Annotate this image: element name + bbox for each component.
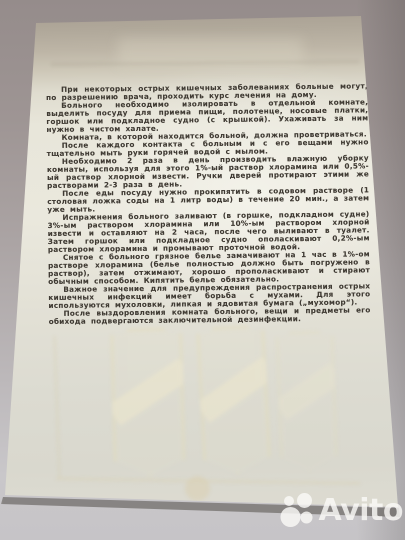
- paragraph: Испражнения больного заливают (в горшке,…: [47, 210, 369, 254]
- avito-watermark-label: Avito: [319, 496, 403, 526]
- paragraph: Больного необходимо изолировать в отдель…: [46, 98, 368, 134]
- document-page: При некоторых острых кишечных заболевани…: [0, 0, 405, 540]
- ghost-seal-blob: [185, 476, 210, 501]
- document-text: При некоторых острых кишечных заболевани…: [46, 82, 371, 326]
- paragraph: Снятое с больного грязное белье замачива…: [48, 250, 370, 286]
- photo-background: При некоторых острых кишечных заболевани…: [0, 0, 405, 540]
- ghost-bottle-shape: [276, 330, 339, 474]
- ghost-left-line: [54, 336, 61, 478]
- ghost-bottle-shape: [110, 327, 186, 479]
- ghost-bottle-shape: [196, 324, 272, 477]
- avito-watermark: Avito: [280, 493, 403, 529]
- avito-logo-icon: [280, 493, 316, 529]
- paragraph: Необходимо 2 раза в день производить вла…: [47, 154, 369, 190]
